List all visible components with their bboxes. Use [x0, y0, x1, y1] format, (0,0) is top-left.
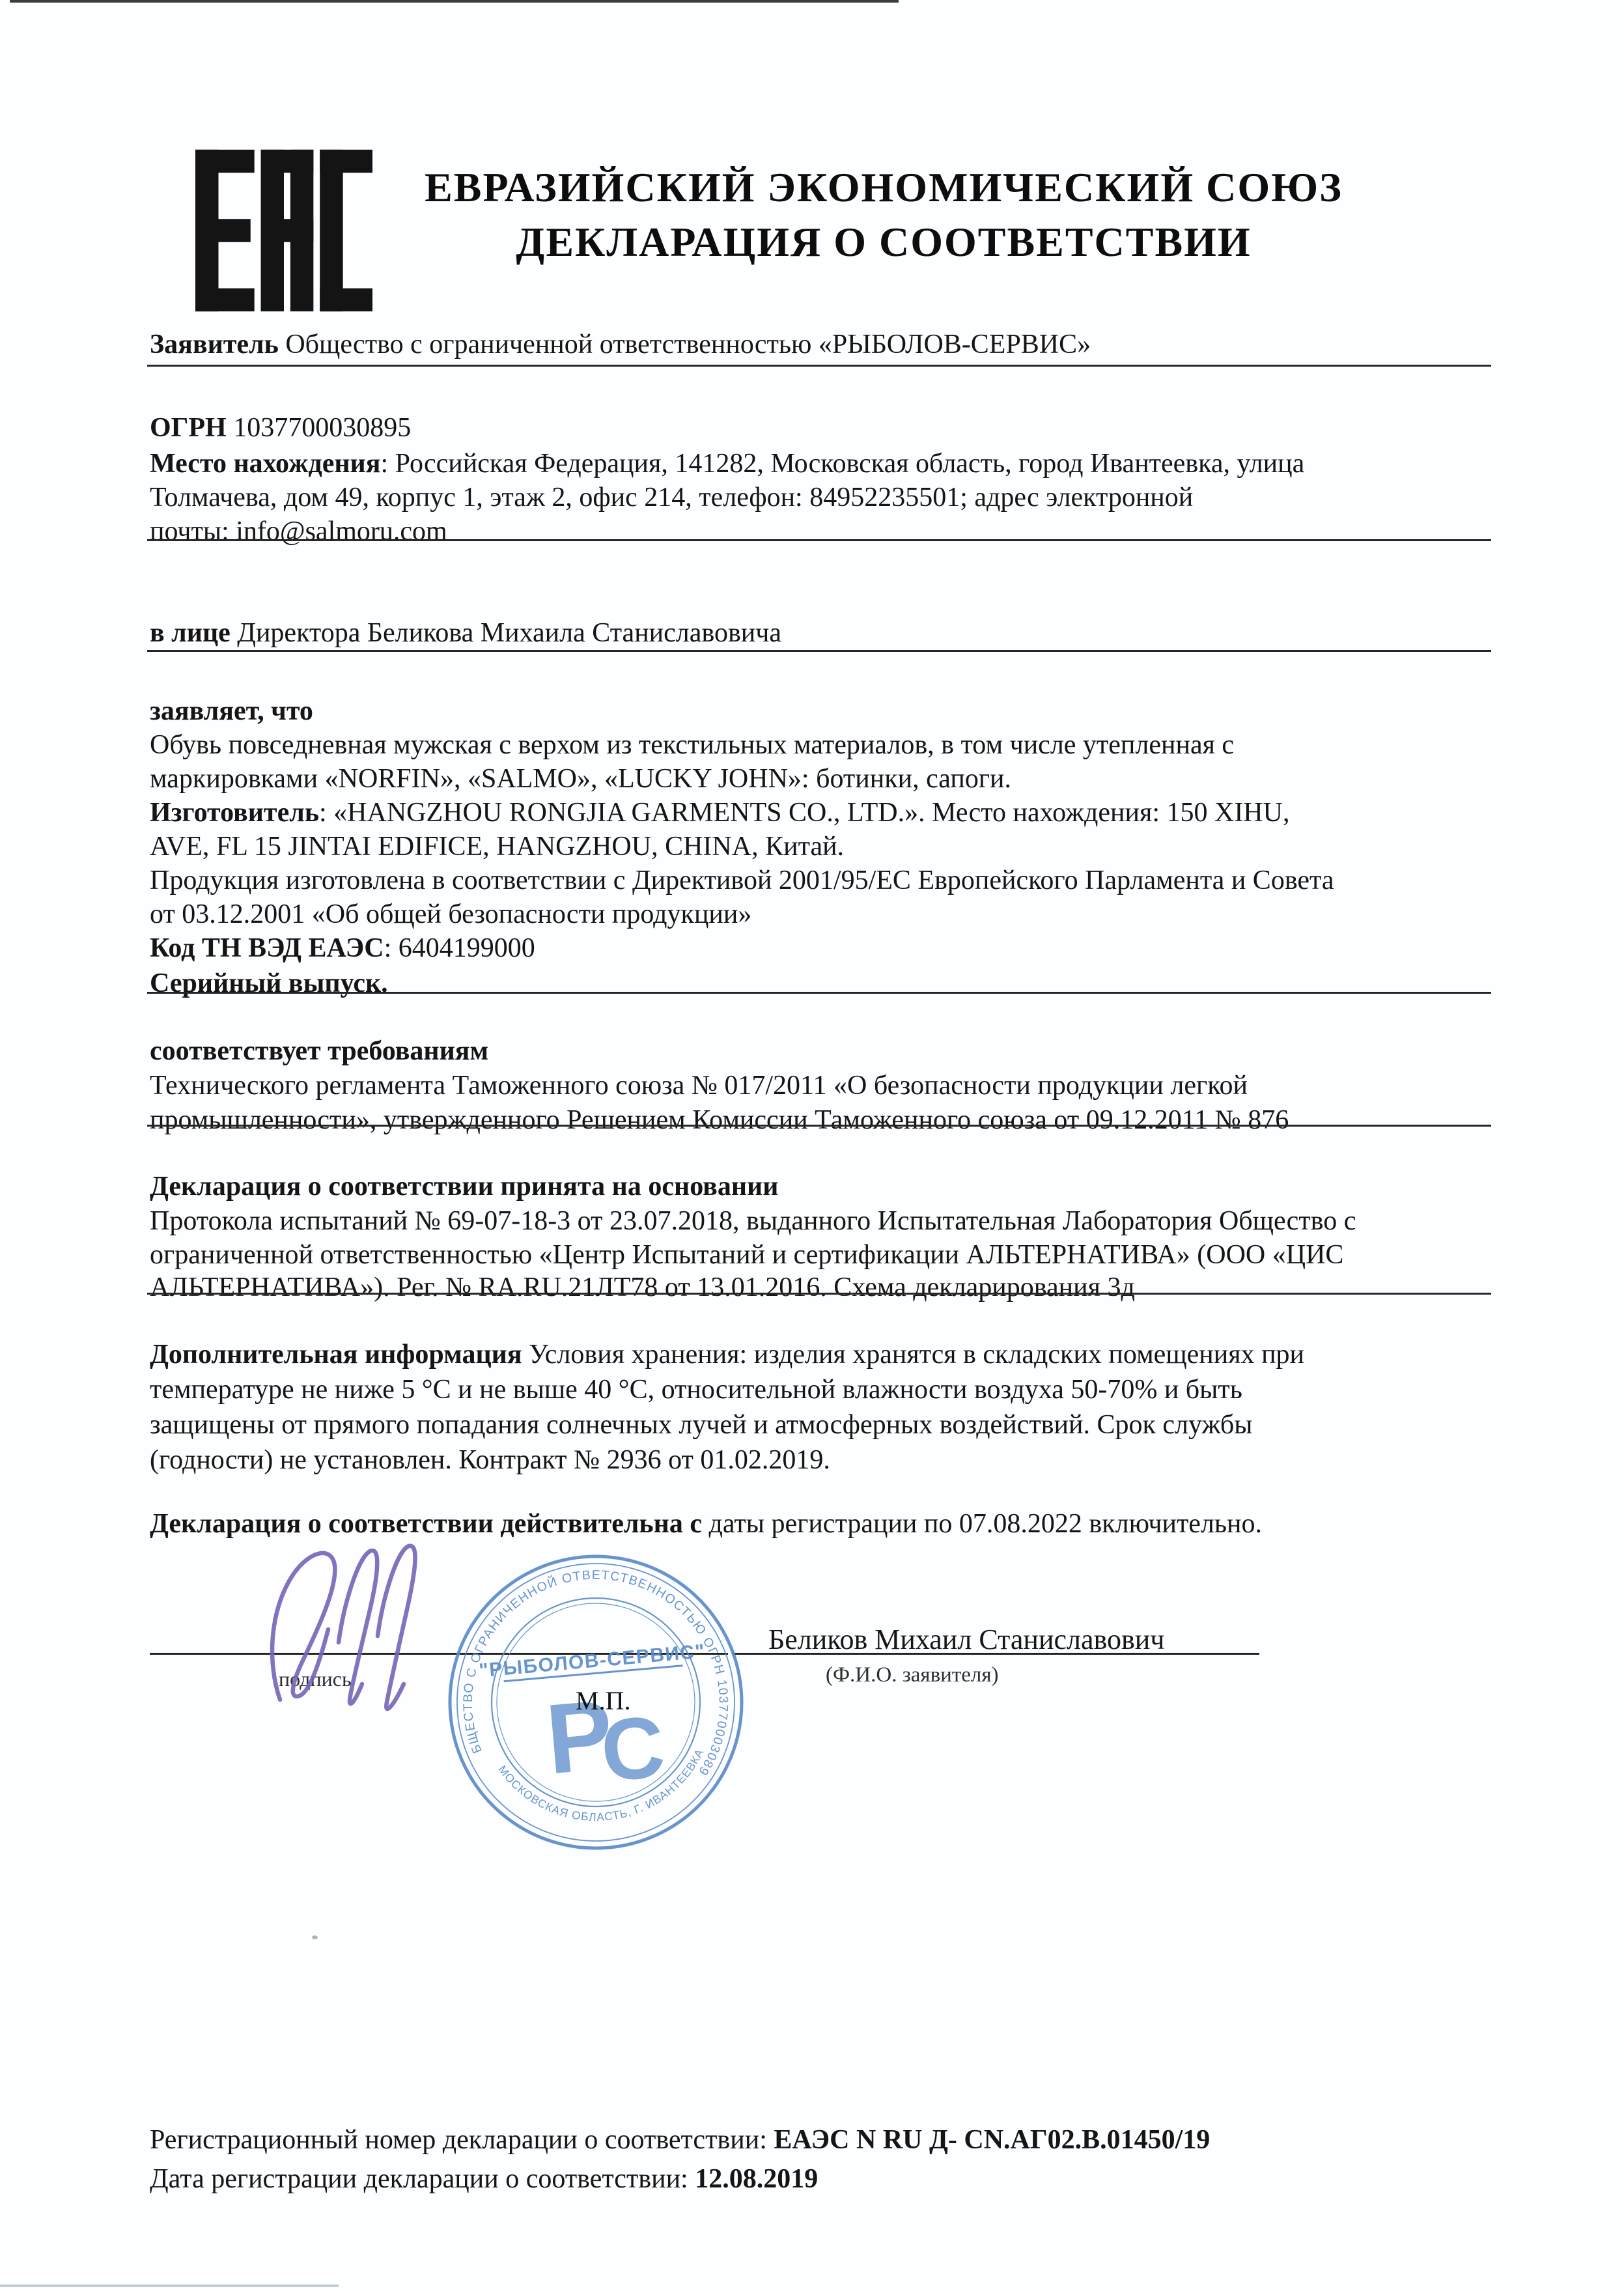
conformity-line-1: Технического регламента Таможенного союз… — [150, 1070, 1248, 1101]
divider-5 — [147, 1125, 1491, 1127]
registration-date-value: 12.08.2019 — [695, 2164, 818, 2194]
divider-3 — [147, 650, 1491, 652]
handwritten-signature — [255, 1532, 444, 1727]
fio-caption: (Ф.И.О. заявителя) — [826, 1663, 999, 1687]
scan-artifact-top — [10, 0, 899, 3]
divider-1 — [147, 365, 1491, 367]
validity-value: даты регистрации по 07.08.2022 включител… — [702, 1509, 1262, 1539]
document-title: ЕВРАЗИЙСКИЙ ЭКОНОМИЧЕСКИЙ СОЮЗ ДЕКЛАРАЦИ… — [372, 160, 1395, 270]
product-line-2: маркировками «NORFIN», «SALMO», «LUCKY J… — [150, 763, 1011, 794]
basis-line-1: Протокола испытаний № 69-07-18-3 от 23.0… — [150, 1205, 1356, 1237]
address-line-1: Место нахождения: Российская Федерация, … — [150, 448, 1304, 479]
ogrn-label: ОГРН — [150, 413, 227, 443]
title-line-1: ЕВРАЗИЙСКИЙ ЭКОНОМИЧЕСКИЙ СОЮЗ — [372, 160, 1395, 215]
registration-date-line: Дата регистрации декларации о соответств… — [150, 2163, 818, 2195]
divider-2 — [147, 539, 1491, 541]
registration-number-label: Регистрационный номер декларации о соотв… — [150, 2125, 774, 2155]
conformity-line-2: промышленности», утвержденного Решением … — [150, 1104, 1289, 1136]
declaration-document: ЕВРАЗИЙСКИЙ ЭКОНОМИЧЕСКИЙ СОЮЗ ДЕКЛАРАЦИ… — [0, 0, 1624, 2291]
ogrn-value: 1037700030895 — [227, 413, 412, 443]
basis-label: Декларация о соответствии принята на осн… — [150, 1171, 778, 1202]
conformity-label: соответствует требованиям — [150, 1035, 488, 1067]
product-line-1: Обувь повседневная мужская с верхом из т… — [150, 729, 1234, 761]
additional-label: Дополнительная информация — [150, 1340, 522, 1370]
manufacturer-value: : «HANGZHOU RONGJIA GARMENTS CO., LTD.».… — [319, 798, 1290, 828]
eac-logo-icon — [195, 148, 372, 313]
basis-line-3: АЛЬТЕРНАТИВА»). Рег. № RA.RU.21ЛТ78 от 1… — [150, 1272, 1135, 1303]
address-label: Место нахождения — [150, 449, 380, 479]
registration-number-line: Регистрационный номер декларации о соотв… — [150, 2124, 1210, 2156]
additional-line-1: Дополнительная информация Условия хранен… — [150, 1339, 1304, 1370]
applicant-value: Общество с ограниченной ответственностью… — [279, 330, 1091, 359]
additional-value-1: Условия хранения: изделия хранятся в скл… — [522, 1340, 1304, 1370]
tnved-value: : 6404199000 — [384, 933, 535, 963]
manufacturer-line-1: Изготовитель: «HANGZHOU RONGJIA GARMENTS… — [150, 797, 1289, 828]
address-line-3: почты: info@salmoru.com — [150, 516, 447, 547]
registration-number-value: ЕАЭС N RU Д- CN.АГ02.В.01450/19 — [774, 2125, 1210, 2155]
additional-line-2: температуре не ниже 5 °С и не выше 40 °С… — [150, 1374, 1242, 1405]
additional-line-3: защищены от прямого попадания солнечных … — [150, 1409, 1252, 1441]
divider-4 — [147, 992, 1491, 994]
manufacturer-line-2: AVE, FL 15 JINTAI EDIFICE, HANGZHOU, CHI… — [150, 831, 844, 862]
serial-line: Серийный выпуск. — [150, 968, 388, 999]
registration-date-label: Дата регистрации декларации о соответств… — [150, 2164, 695, 2194]
in-person-label: в лице — [150, 618, 231, 648]
tnved-line: Код ТН ВЭД ЕАЭС: 6404199000 — [150, 933, 535, 964]
in-person-value: Директора Беликова Михаила Станиславович… — [231, 618, 781, 648]
mp-seal-placeholder: М.П. — [576, 1685, 630, 1716]
applicant-line: Заявитель Общество с ограниченной ответс… — [150, 329, 1091, 360]
stamp-company-name: "РЫБОЛОВ-СЕРВИС" — [478, 1640, 706, 1681]
divider-6 — [147, 1293, 1491, 1295]
address-value-1: : Российская Федерация, 141282, Московск… — [380, 449, 1304, 479]
declares-label: заявляет, что — [150, 696, 313, 727]
applicant-label: Заявитель — [150, 330, 279, 359]
manufacturer-label: Изготовитель — [150, 798, 319, 828]
tnved-label: Код ТН ВЭД ЕАЭС — [150, 933, 384, 963]
in-person-line: в лице Директора Беликова Михаила Станис… — [150, 617, 781, 649]
scan-artifact-bottom — [0, 2284, 339, 2287]
basis-line-2: ограниченной ответственностью «Центр Исп… — [150, 1239, 1343, 1271]
directive-line-2: от 03.12.2001 «Об общей безопасности про… — [150, 899, 751, 930]
additional-line-4: (годности) не установлен. Контракт № 293… — [150, 1444, 830, 1476]
address-line-2: Толмачева, дом 49, корпус 1, этаж 2, офи… — [150, 482, 1193, 513]
scan-dust-speck — [312, 1935, 318, 1939]
applicant-fio-name: Беликов Михаил Станиславович — [768, 1623, 1164, 1656]
directive-line-1: Продукция изготовлена в соответствии с Д… — [150, 865, 1334, 896]
title-line-2: ДЕКЛАРАЦИЯ О СООТВЕТСТВИИ — [372, 215, 1395, 270]
ogrn-line: ОГРН 1037700030895 — [150, 412, 411, 443]
